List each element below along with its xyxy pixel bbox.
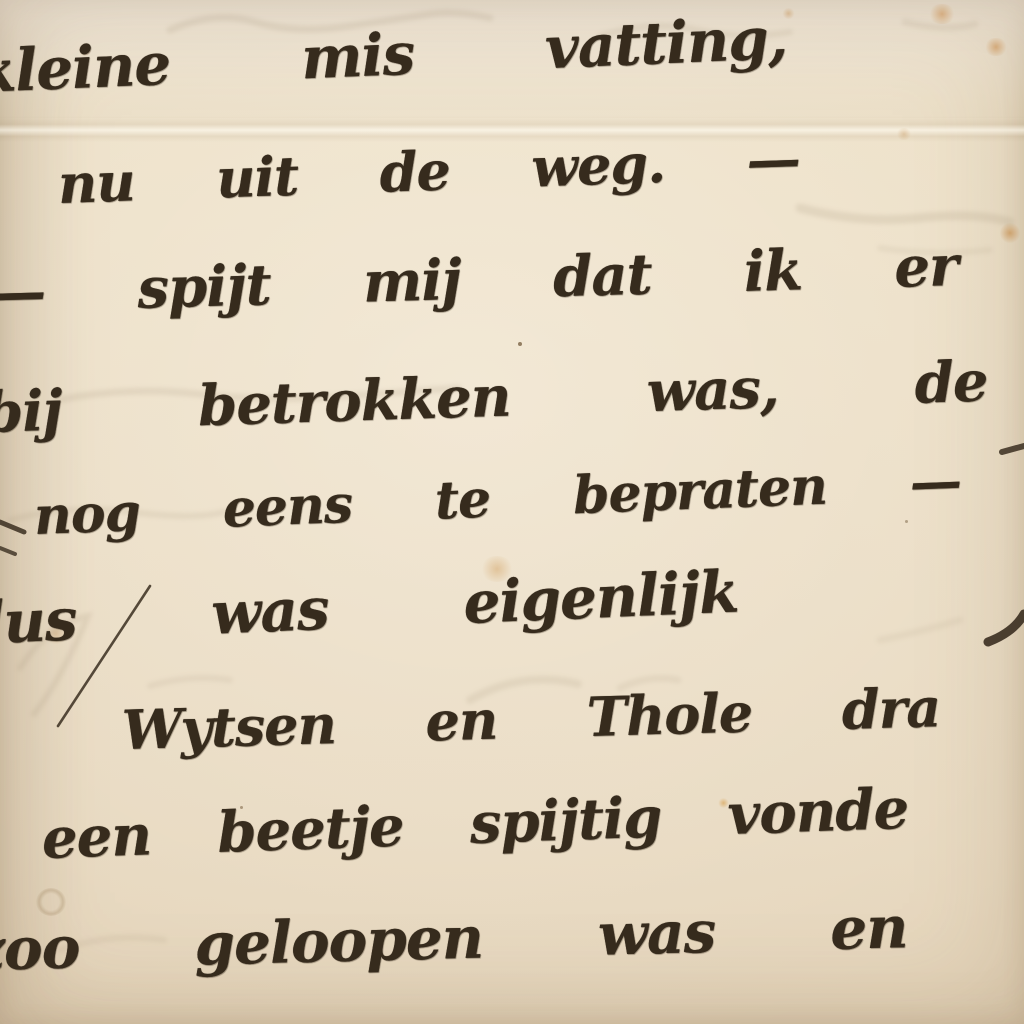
foxing-spot — [36, 888, 66, 916]
ink-speck — [905, 520, 908, 523]
foxing-spot — [896, 128, 912, 140]
foxing-spot — [984, 38, 1008, 56]
foxing-spot — [1000, 222, 1020, 244]
letter-photo: kleine mis vatting, nu uit de weg. — — s… — [0, 0, 1024, 1024]
foxing-spot — [928, 4, 956, 24]
ink-speck — [518, 342, 522, 346]
